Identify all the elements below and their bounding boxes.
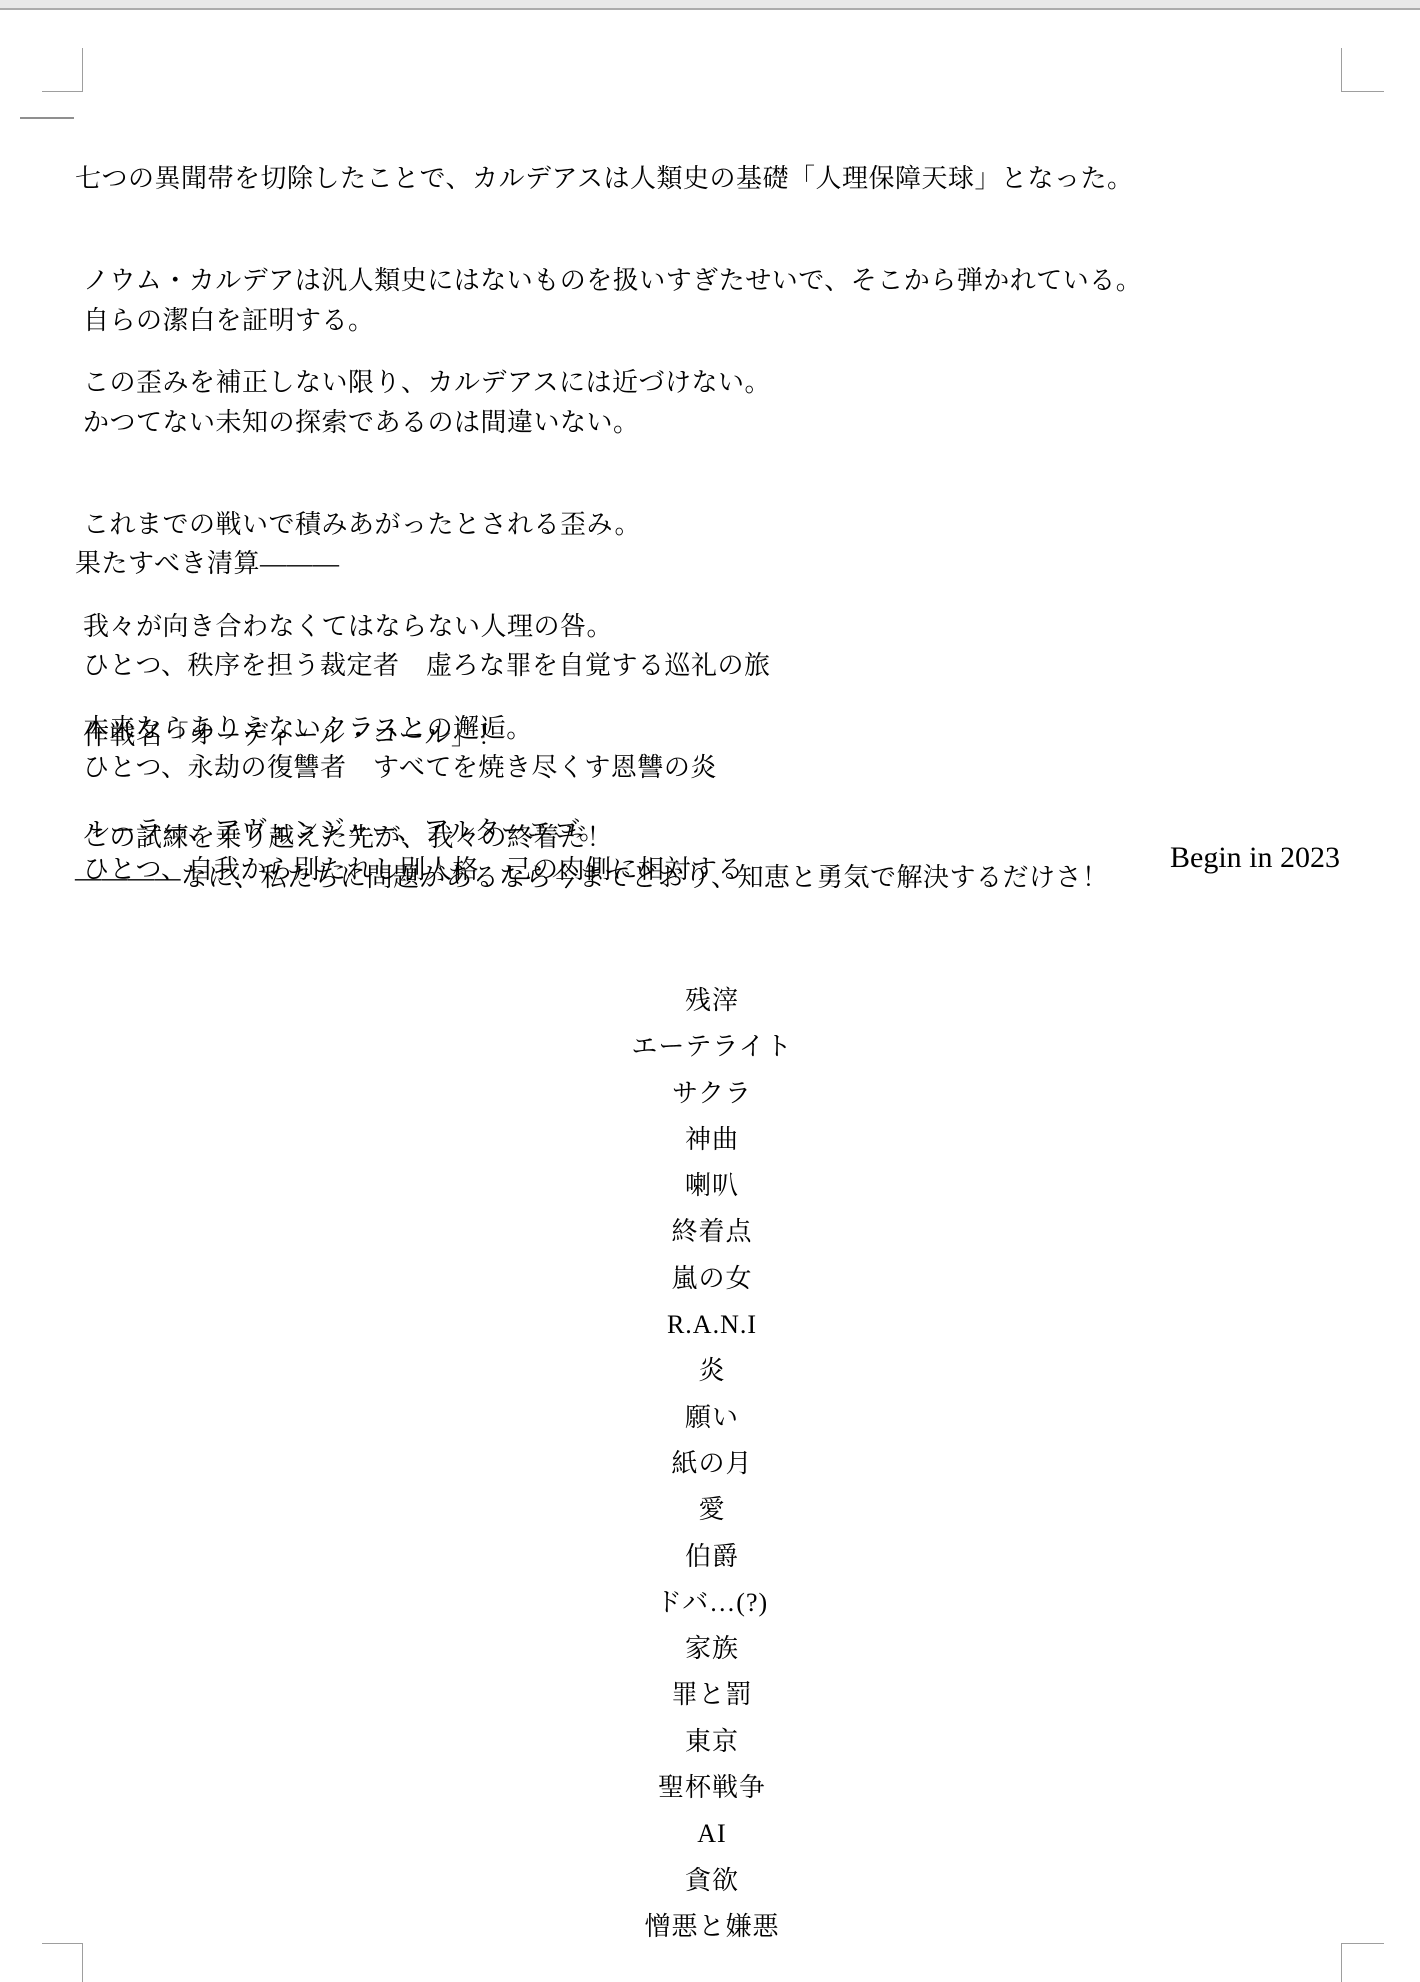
keyword-list: 残滓 エーテライト サクラ 神曲 喇叭 終着点 嵐の女 R.A.N.I 炎 願い… — [0, 978, 1420, 1950]
keyword-item: 紙の月 — [0, 1441, 1420, 1487]
keyword-item: 残滓 — [0, 978, 1420, 1024]
keyword-item: 聖杯戦争 — [0, 1765, 1420, 1811]
margin-line — [20, 117, 74, 119]
document-page: 七つの異聞帯を切除したことで、カルデアスは人類史の基礎「人理保障天球」となった。… — [0, 0, 1420, 1982]
keyword-item: 神曲 — [0, 1117, 1420, 1163]
keyword-item: 貪欲 — [0, 1858, 1420, 1904]
text-line: 作戦名「オーディール・コール」！ — [83, 719, 1360, 753]
keyword-item: 愛 — [0, 1487, 1420, 1533]
keyword-item: 伯爵 — [0, 1534, 1420, 1580]
paragraph-closing: ――――なに、私たちに問題があるなら今までどおり、知恵と勇気で解決するだけさ！ — [83, 793, 1360, 963]
keyword-item: 終着点 — [0, 1209, 1420, 1255]
page-top-edge — [0, 0, 1420, 10]
text-line: 自らの潔白を証明する。 — [83, 304, 1360, 338]
text-line: 七つの異聞帯を切除したことで、カルデアスは人類史の基礎「人理保障天球」となった。 — [75, 162, 1360, 196]
keyword-item: 願い — [0, 1395, 1420, 1441]
keyword-item: 罪と罰 — [0, 1672, 1420, 1718]
keyword-item: ドバ…(?) — [0, 1580, 1420, 1626]
margin-corner-mark-top-right — [1341, 48, 1384, 92]
keyword-item: 家族 — [0, 1626, 1420, 1672]
keyword-item: サクラ — [0, 1071, 1420, 1117]
text-line: 果たすべき清算――― — [75, 547, 1360, 581]
margin-corner-mark-top-left — [42, 48, 83, 92]
keyword-item: エーテライト — [0, 1024, 1420, 1070]
signature-begin-in-2023: Begin in 2023 — [1170, 840, 1340, 876]
keyword-item: 炎 — [0, 1348, 1420, 1394]
keyword-item: AI — [0, 1811, 1420, 1857]
keyword-item: 嵐の女 — [0, 1256, 1420, 1302]
keyword-item: 憎悪と嫌悪 — [0, 1904, 1420, 1950]
keyword-item: R.A.N.I — [0, 1302, 1420, 1348]
keyword-item: 喇叭 — [0, 1163, 1420, 1209]
keyword-item: 東京 — [0, 1719, 1420, 1765]
text-line: かつてない未知の探索であるのは間違いない。 — [83, 406, 1360, 440]
text-line: ――――なに、私たちに問題があるなら今までどおり、知恵と勇気で解決するだけさ！ — [75, 861, 1360, 895]
